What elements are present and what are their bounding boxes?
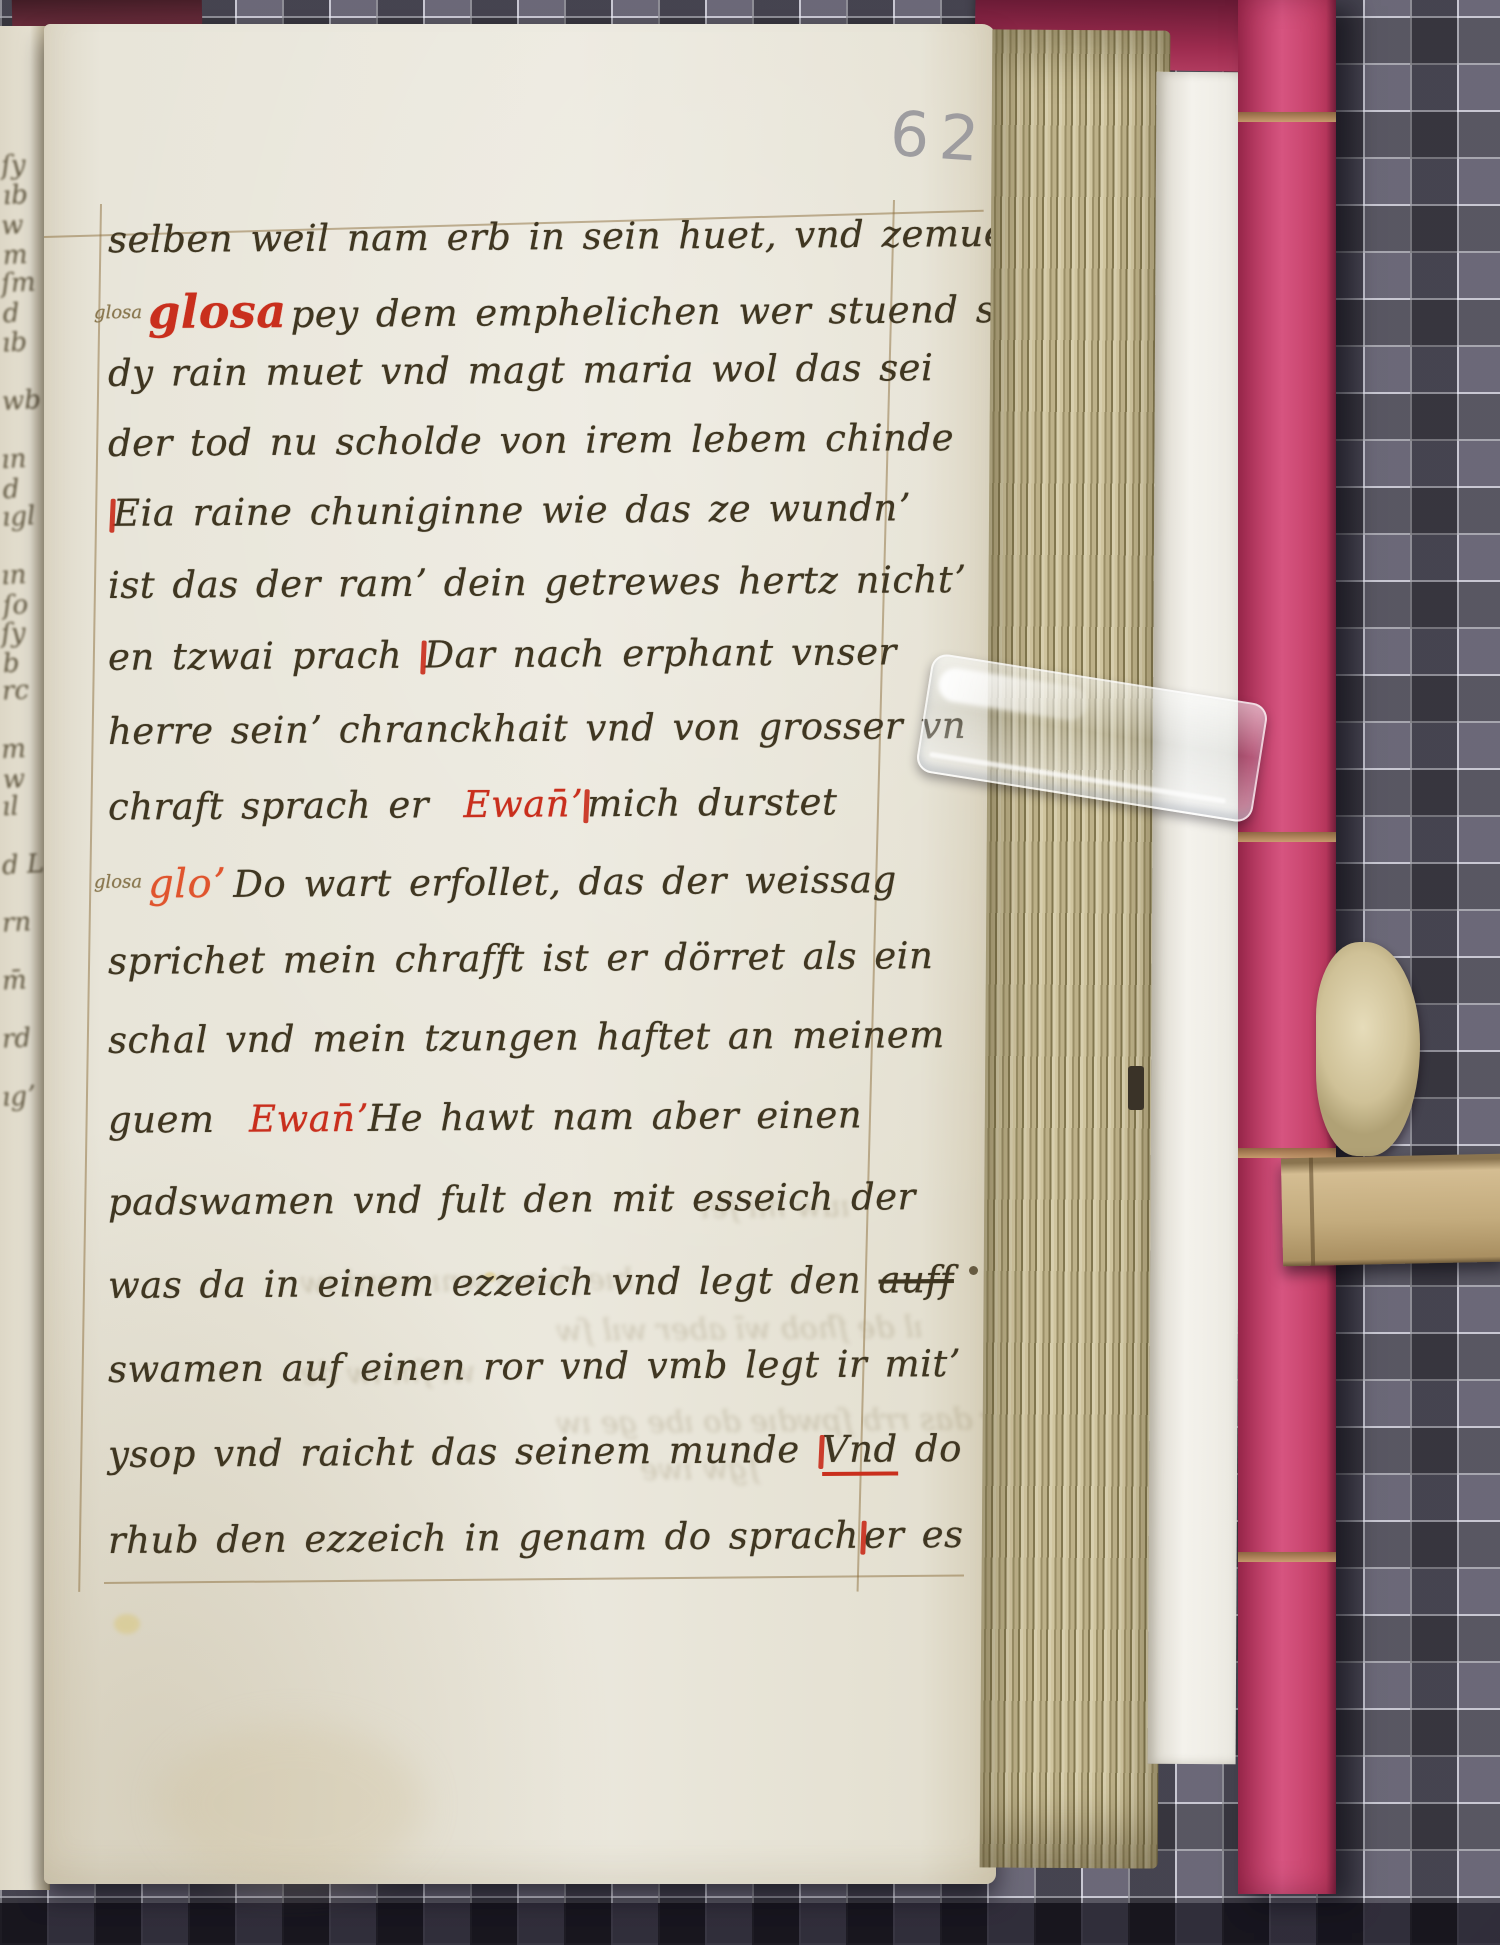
strap-seam <box>1309 1158 1315 1266</box>
facing-page-text-fragment: m̄ <box>1 965 27 996</box>
text-line: sprichet mein chrafft ist er dörret als … <box>108 934 934 983</box>
pink-book-cover <box>1238 0 1336 1894</box>
text-line: padswamen vnd fult den mit esseich der <box>108 1175 916 1224</box>
ink-text: sprichet mein chrafft ist er dörret als … <box>108 934 934 983</box>
text-line: selben weil nam erb in sein huet, vnd ze… <box>108 212 1034 261</box>
text-line: glosagloʼDo wart erfollet, das der weiss… <box>94 856 897 908</box>
ink-text: guem <box>108 1098 249 1142</box>
cover-band-divider <box>1238 1552 1336 1562</box>
ink-text: er es <box>864 1513 964 1557</box>
leather-strap <box>1281 1154 1500 1267</box>
text-line: rhub den ezzeich in genam do spracher es <box>108 1513 964 1562</box>
ink-text: schal vnd mein tzungen haftet an meinem <box>108 1013 945 1062</box>
plastic-glare-highlight <box>936 666 1089 723</box>
text-line: dy rain muet vnd magt maria wol das sei <box>108 347 934 396</box>
manuscript-photo: ſy ıbw mſm dıbwbın dıglın ſoſy brcm wıld… <box>0 0 1500 1945</box>
facing-page-text-fragment: rn <box>1 907 32 938</box>
text-line: herre seinʼ chranckhait vnd von grosser … <box>108 704 966 753</box>
folio-number-pencil: 62 <box>888 97 992 177</box>
cover-band-divider <box>1238 832 1336 842</box>
endpaper-sliver <box>1148 72 1245 1764</box>
ink-text: ist das der ramʼ dein getrewes hertz nic… <box>108 558 966 607</box>
facing-page-text-fragment: rc <box>1 675 30 706</box>
ink-text: auff <box>878 1258 954 1302</box>
ink-text: ysop vnd raicht das seinem munde <box>108 1428 817 1476</box>
ink-text: Dar nach erphant vnser <box>424 631 897 677</box>
text-line: en tzwai prach Dar nach erphant vnser <box>108 631 897 680</box>
marginal-gloss-note: glosa <box>94 872 142 893</box>
ink-text: selben weil nam erb in sein huet, vnd ze… <box>108 212 1034 261</box>
facing-page-text-fragment: ıgl <box>1 501 36 533</box>
manuscript-page: ıuw mı ſeıbıe ſwoıe wnı ward ıwıl de ſho… <box>44 24 996 1884</box>
frayed-patch <box>1316 942 1420 1156</box>
parchment-stain <box>164 1724 424 1884</box>
cutting-mat-edge-row <box>0 1903 1500 1945</box>
facing-page-sliver: ſy ıbw mſm dıbwbın dıglın ſoſy brcm wıld… <box>0 26 50 1890</box>
rubricated-text: gloʼ <box>148 861 226 908</box>
text-line: Eia raine chuniginne wie das ze wundnʼ <box>108 486 910 535</box>
text-line: guem Ewan̄ʼHe hawt nam aber einen <box>108 1094 862 1142</box>
facing-page-text-fragment: wb <box>1 385 41 417</box>
facing-page-text-fragment: d L <box>1 849 45 881</box>
text-line: was da in einem ezzeich vnd legt den auf… <box>108 1258 954 1307</box>
ink-text: do <box>898 1427 963 1470</box>
clasp-slot <box>1128 1066 1144 1110</box>
parchment-stain <box>114 1614 140 1634</box>
ink-text: mich durstet <box>587 780 837 825</box>
facing-page-text-fragment: ıl <box>1 792 19 823</box>
ink-text: der tod nu scholde von irem lebem chinde <box>108 416 954 465</box>
ink-text: padswamen vnd fult den mit esseich der <box>108 1175 916 1224</box>
text-line: chraft sprach er Ewan̄ʼmich durstet <box>108 780 838 828</box>
text-line: glosaglosapey dem emphelichen wer stuend… <box>94 278 1054 339</box>
ink-text: was da in einem ezzeich vnd legt den <box>108 1258 879 1306</box>
text-line: swamen auf einen ror vnd vmb legt ir mit… <box>108 1342 960 1391</box>
ink-text: chraft sprach er <box>108 783 464 828</box>
ink-text: Eia raine chuniginne wie das ze wundnʼ <box>113 486 910 535</box>
text-line: ysop vnd raicht das seinem munde Vnd do <box>108 1427 962 1476</box>
ink-text: dy rain muet vnd magt maria wol das sei <box>108 347 934 396</box>
ink-text: pey dem emphelichen wer stuend sich <box>291 287 1054 335</box>
cover-band-divider <box>1238 112 1336 122</box>
ink-text: rhub den ezzeich in genam do sprach <box>108 1514 859 1562</box>
ink-text: Do wart erfollet, das der weissag <box>233 858 897 906</box>
facing-page-text-fragment: ıb <box>1 327 28 358</box>
ink-text: en tzwai prach <box>108 634 420 679</box>
text-line: der tod nu scholde von irem lebem chinde <box>108 416 954 465</box>
rubricated-text: Ewan̄ʼ <box>463 782 582 826</box>
ruling-bottom <box>104 1574 964 1584</box>
rubricated-text: glosa <box>148 284 287 339</box>
ink-text: He hawt nam aber einen <box>368 1094 863 1140</box>
text-line: ist das der ramʼ dein getrewes hertz nic… <box>108 558 966 607</box>
facing-page-text-fragment: rd <box>1 1023 32 1054</box>
ink-text: Vnd <box>822 1427 898 1476</box>
facing-page-text-fragment: ıgʼ <box>1 1081 36 1113</box>
page-stack-fore-edge <box>980 29 1171 1868</box>
ink-text: swamen auf einen ror vnd vmb legt ir mit… <box>108 1342 960 1391</box>
parchment-stain <box>969 1266 978 1275</box>
text-line: schal vnd mein tzungen haftet an meinem <box>108 1013 945 1062</box>
rubricated-text: Ewan̄ʼ <box>249 1097 368 1141</box>
ink-text: herre seinʼ chranckhait vnd von grosser … <box>108 704 966 753</box>
marginal-gloss-note: glosa <box>94 302 142 323</box>
